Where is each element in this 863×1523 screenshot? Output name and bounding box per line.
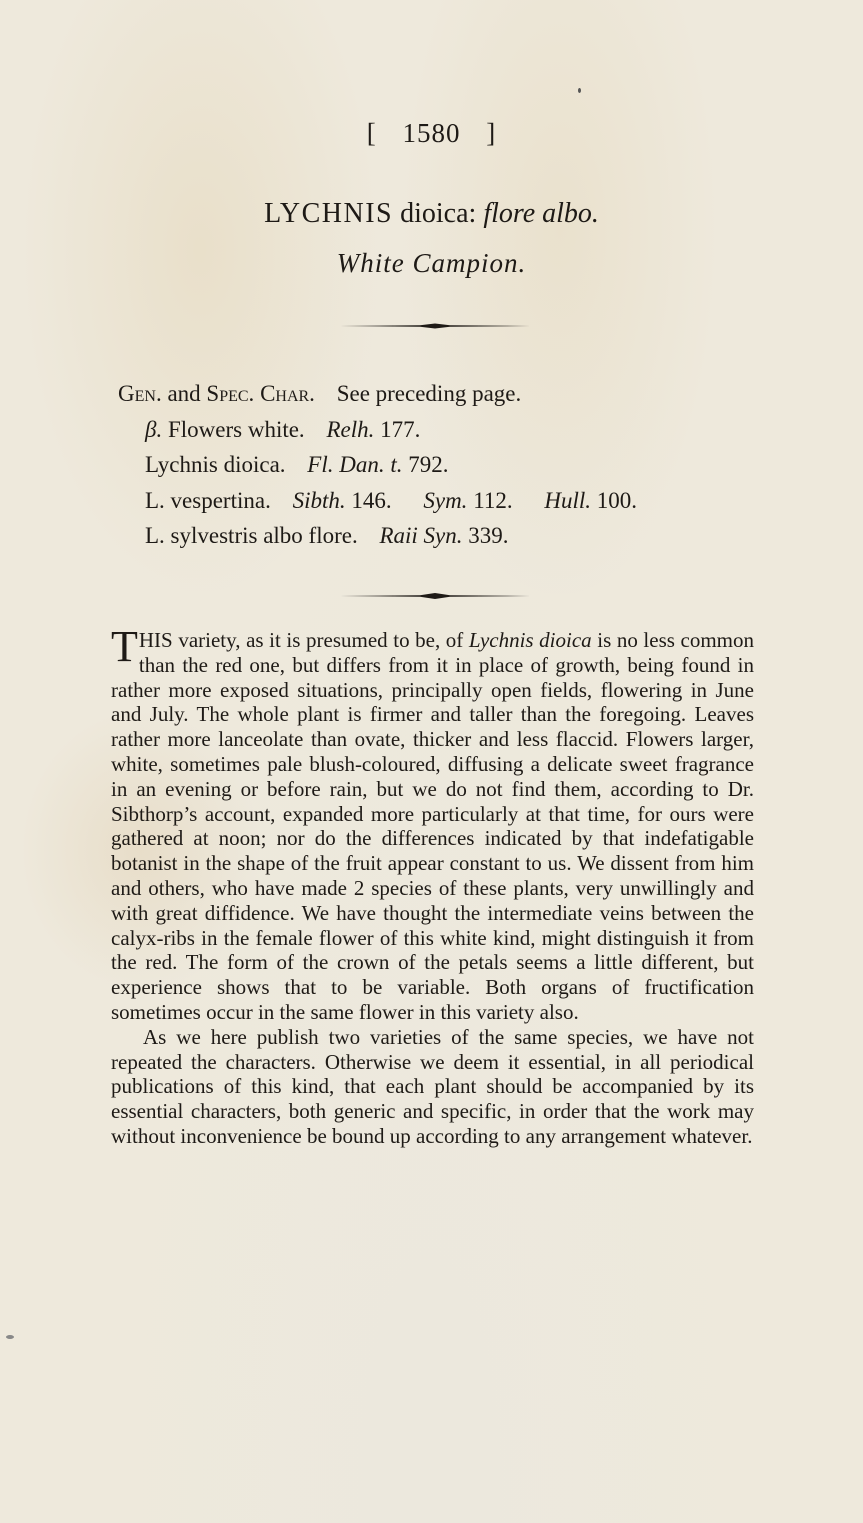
speck bbox=[6, 1335, 14, 1339]
plate-number: 1580 bbox=[403, 118, 461, 148]
page-title: LYCHNIS dioica: flore albo. bbox=[0, 198, 863, 230]
species-name: dioica: bbox=[400, 198, 476, 229]
paragraph-1: THIS variety, as it is presumed to be, o… bbox=[111, 628, 754, 1025]
ornamental-rule bbox=[340, 592, 530, 600]
bracket-open: [ bbox=[367, 118, 377, 148]
bracket-close: ] bbox=[486, 118, 496, 148]
drop-cap: T bbox=[111, 630, 138, 664]
genus-name: LYCHNIS bbox=[264, 198, 393, 229]
synonymy-block: Gen. and Spec. Char. See preceding page.… bbox=[118, 376, 637, 554]
synonym-line: L. sylvestris albo flore. Raii Syn. 339. bbox=[118, 518, 637, 554]
speck bbox=[578, 88, 581, 93]
synonym-line: β. Flowers white. Relh. 177. bbox=[118, 412, 637, 448]
description-text: THIS variety, as it is presumed to be, o… bbox=[111, 628, 754, 1149]
ornamental-rule bbox=[340, 322, 530, 330]
page-number: [ 1580 ] bbox=[0, 118, 863, 149]
common-name: White Campion. bbox=[0, 248, 863, 279]
synonym-line: L. vespertina. Sibth. 146. Sym. 112. Hul… bbox=[118, 483, 637, 519]
book-page: [ 1580 ] LYCHNIS dioica: flore albo. Whi… bbox=[0, 0, 863, 1523]
paragraph-2: As we here publish two varieties of the … bbox=[111, 1025, 754, 1149]
variety-name: flore albo. bbox=[483, 198, 599, 229]
character-line: Gen. and Spec. Char. See preceding page. bbox=[118, 376, 637, 412]
synonym-line: Lychnis dioica. Fl. Dan. t. 792. bbox=[118, 447, 637, 483]
